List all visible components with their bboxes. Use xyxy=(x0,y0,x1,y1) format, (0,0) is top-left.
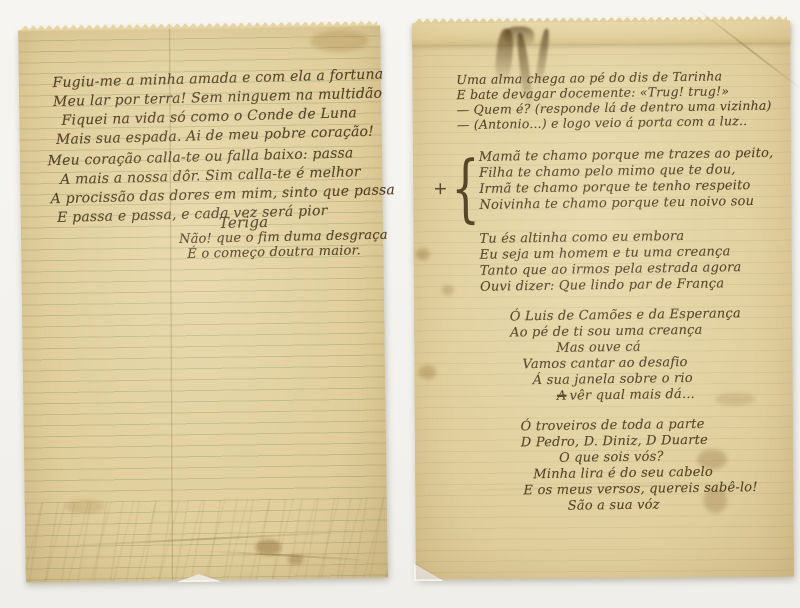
verse-line: Ouvi dizer: Que lindo par de França xyxy=(480,276,742,296)
margin-plus-mark: + xyxy=(433,179,448,199)
torn-perforated-edge xyxy=(21,21,377,32)
margin-brace-mark: { xyxy=(451,147,480,233)
stain xyxy=(442,285,454,295)
stain xyxy=(418,365,436,379)
verse-line: — (Antonio...) e logo veio á porta com a… xyxy=(457,113,772,132)
verse-line: Avêr qual mais dá... xyxy=(557,386,742,405)
stain xyxy=(310,30,368,53)
verse-line: É o começo doutra maior. xyxy=(187,243,388,262)
stanza: Uma alma chega ao pé do dis de Tarinha E… xyxy=(456,68,772,132)
manuscript-page-right: Uma alma chega ao pé do dis de Tarinha E… xyxy=(412,21,794,580)
stain xyxy=(255,539,281,555)
stain xyxy=(288,555,304,565)
stain xyxy=(65,499,105,514)
crease xyxy=(55,531,355,548)
folded-corner xyxy=(414,563,444,581)
corner-fold-shadow xyxy=(415,562,445,580)
stanza: Ó Luis de Camões e da Esperança Ao pé de… xyxy=(510,306,742,405)
stanza: Mamã te chamo porque me trazes ao peito,… xyxy=(479,146,775,214)
stanza: Tu és altinha como eu embora Eu seja um … xyxy=(479,228,741,296)
stanza: Ó troveiros de toda a parte D Pedro, D. … xyxy=(520,416,758,515)
stain xyxy=(416,248,430,260)
folded-top-edge xyxy=(412,21,790,47)
stanza: Não! que o fim duma desgraça É o começo … xyxy=(179,228,388,262)
manuscript-page-left: Fugiu-me a minha amada e com ela a fortu… xyxy=(18,25,388,582)
manuscript-scan: Fugiu-me a minha amada e com ela a fortu… xyxy=(0,0,800,608)
verse-line: Noivinha te chamo porque teu noivo sou xyxy=(479,194,774,214)
signature-word: Teriga xyxy=(219,213,269,232)
verse-line: São a sua vóz xyxy=(568,496,758,515)
wrinkled-area xyxy=(25,497,388,582)
stanza: Fugiu-me a minha amada e com ela a fortu… xyxy=(52,65,385,150)
crease xyxy=(206,550,376,561)
torn-notch xyxy=(176,574,222,583)
struck-word: A xyxy=(557,389,567,404)
